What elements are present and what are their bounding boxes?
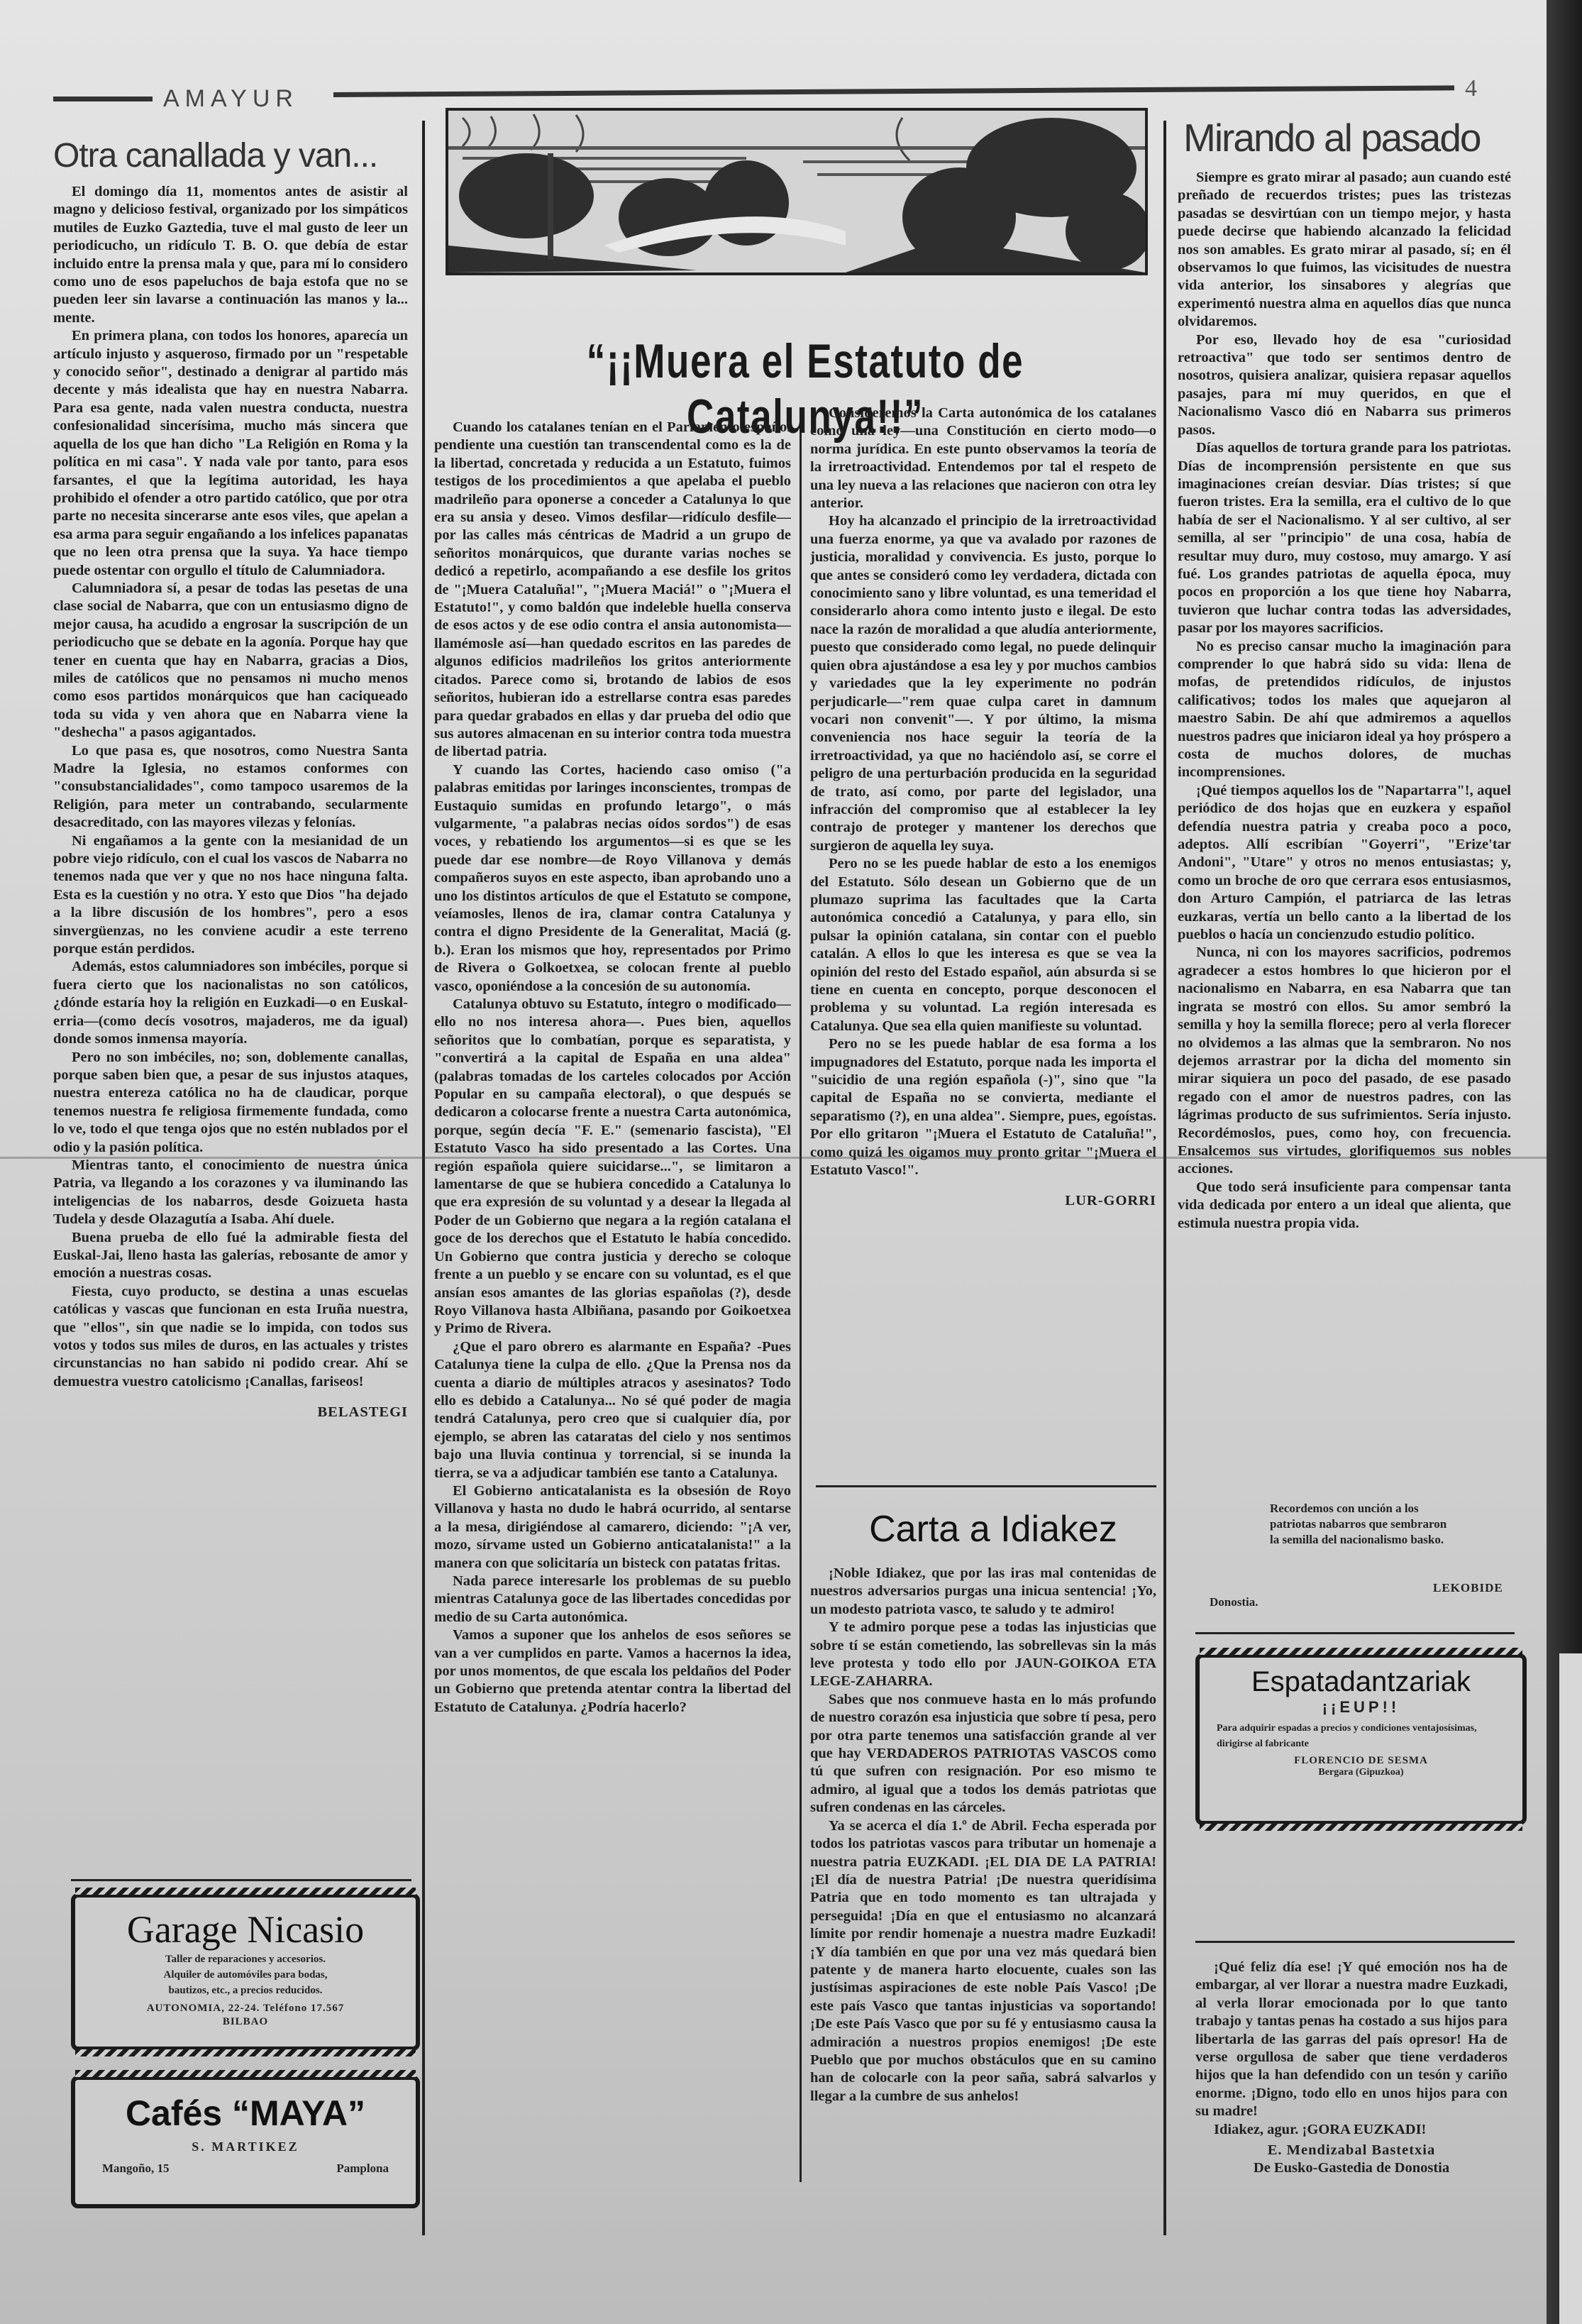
paragraph: No es preciso cansar mucho la imaginació… (1178, 638, 1511, 782)
paragraph: Ni engañamos a la gente con la mesianida… (53, 832, 408, 959)
paragraph: ¿Que el paro obrero es alarmante en Espa… (434, 1338, 791, 1482)
ad-line: bautizos, etc., a precios reducidos. (75, 1983, 416, 1998)
adjacent-page-edge (1547, 0, 1582, 2324)
paragraph: Hoy ha alcanzado el principio de la irre… (810, 512, 1156, 855)
adjacent-page-strip (1559, 1653, 1582, 2324)
rope-border (1200, 1824, 1522, 1831)
ad-espatadantzariak: Espatadantzariak ¡¡EUP!! Para adquirir e… (1195, 1653, 1527, 1825)
article-title-carta-idiakez: Carta a Idiakez (816, 1508, 1171, 1551)
paragraph: Días aquellos de tortura grande para los… (1178, 439, 1511, 637)
ad-text: Para adquirir espadas a precios y condic… (1200, 1717, 1522, 1752)
woodcut-landscape-icon (448, 111, 1145, 272)
paragraph: ¡Qué tiempos aquellos los de "Napartarra… (1178, 782, 1511, 945)
article-title-otra-canallada: Otra canallada y van... (53, 136, 377, 175)
paragraph: El domingo día 11, momentos antes de asi… (53, 183, 408, 327)
ad-slogan: ¡¡EUP!! (1200, 1698, 1522, 1717)
ad-address: Mangoño, 15 (102, 2161, 169, 2176)
ad-cafes-maya: Cafés “MAYA” S. MARTIKEZ Mangoño, 15 Pam… (71, 2076, 420, 2208)
paragraph: Que todo será insuficiente para compensa… (1178, 1179, 1511, 1233)
column-divider (1163, 121, 1166, 2235)
paragraph: Buena prueba de ello fué la admirable fi… (53, 1229, 408, 1283)
article-title-mirando-pasado: Mirando al pasado (1183, 115, 1481, 160)
dateline-city: Donostia. (1210, 1595, 1258, 1609)
section-divider (1195, 1632, 1515, 1634)
paragraph: Sabes que nos conmueve hasta en lo más p… (810, 1691, 1156, 1817)
signature-note: De Eusko-Gastedia de Donostia (1195, 2159, 1508, 2177)
ad-city: Pamplona (336, 2161, 389, 2176)
paragraph: Mientras tanto, el conocimiento de nuest… (53, 1157, 408, 1229)
article-body-muera-col2: Consideremos la Carta autonómica de los … (810, 404, 1156, 1476)
article-body-carta-idiakez-cont: ¡Qué feliz día ese! ¡Y qué emoción nos h… (1195, 1959, 1508, 2257)
paragraph: ¡Qué feliz día ese! ¡Y qué emoción nos h… (1195, 1959, 1508, 2121)
newspaper-name: AMAYUR (163, 85, 299, 113)
ad-place: Bergara (Gipuzkoa) (1200, 1767, 1522, 1778)
paragraph: Pero no se les puede hablar de esa forma… (810, 1035, 1156, 1179)
article-signature: E. Mendizabal Bastetxia (1195, 2142, 1508, 2159)
page-number: 4 (1465, 75, 1477, 102)
paragraph: Y te admiro porque pese a todas las inju… (810, 1619, 1156, 1691)
article-body-muera-col1: Cuando los catalanes tenían en el Parlam… (434, 419, 791, 2186)
paragraph: Catalunya obtuvo su Estatuto, íntegro o … (434, 996, 791, 1338)
masthead-rule (53, 97, 153, 101)
closing-quote: Recordemos con unción a los patriotas na… (1270, 1501, 1454, 1548)
ad-title: Espatadantzariak (1200, 1666, 1522, 1698)
paragraph: Pero no se les puede hablar de esto a lo… (810, 855, 1156, 1035)
paragraph: Nunca, ni con los mayores sacrificios, p… (1178, 944, 1511, 1178)
article-signature: LEKOBIDE (1433, 1581, 1503, 1595)
ad-city: BILBAO (75, 2016, 416, 2028)
ad-title: Garage Nicasio (75, 1907, 416, 1951)
paragraph: Lo que pasa es, que nosotros, como Nuest… (53, 742, 408, 832)
landscape-illustration (446, 108, 1148, 275)
ad-title: Cafés “MAYA” (75, 2093, 416, 2134)
paragraph: En primera plana, con todos los honores,… (53, 327, 408, 580)
column-divider (422, 121, 425, 2235)
article-signature: LUR-GORRI (810, 1192, 1156, 1210)
ad-maker: FLORENCIO DE SESMA (1200, 1755, 1522, 1767)
paragraph: Vamos a suponer que los anhelos de esos … (434, 1626, 791, 1717)
article-signature: BELASTEGI (53, 1404, 408, 1421)
paragraph: Ya se acerca el día 1.º de Abril. Fecha … (810, 1817, 1156, 2106)
section-divider (71, 1879, 411, 1881)
rope-border (1200, 1648, 1522, 1655)
section-divider (1195, 1941, 1515, 1943)
newspaper-page: AMAYUR 4 Otra canallada y van... El domi… (0, 0, 1547, 2324)
ad-garage-nicasio: Garage Nicasio Taller de reparaciones y … (71, 1893, 420, 2051)
article-body-mirando-pasado: Siempre es grato mirar al pasado; aun cu… (1178, 169, 1511, 1489)
paragraph: Además, estos calumniadores son imbécile… (53, 958, 408, 1048)
column-divider (800, 415, 802, 2182)
paragraph: Siempre es grato mirar al pasado; aun cu… (1178, 169, 1511, 331)
rope-border (75, 1888, 416, 1895)
rope-border (75, 2070, 416, 2077)
section-divider (816, 1485, 1156, 1487)
article-body-otra-canallada: El domingo día 11, momentos antes de asi… (53, 183, 408, 1865)
paragraph: Calumniadora sí, a pesar de todas las pe… (53, 580, 408, 742)
paragraph: Nada parece interesarle los problemas de… (434, 1573, 791, 1626)
paragraph: Y cuando las Cortes, haciendo caso omiso… (434, 761, 791, 996)
paragraph: ¡Noble Idiakez, que por las iras mal con… (810, 1565, 1156, 1619)
article-body-carta-idiakez: ¡Noble Idiakez, que por las iras mal con… (810, 1565, 1156, 2189)
ad-line: Taller de reparaciones y accesorios. (75, 1951, 416, 1967)
ad-line: Alquiler de automóviles para bodas, (75, 1967, 416, 1983)
paragraph: Consideremos la Carta autonómica de los … (810, 404, 1156, 512)
paragraph: Idiakez, agur. ¡GORA EUZKADI! (1195, 2121, 1508, 2139)
paragraph: Fiesta, cuyo producto, se destina a unas… (53, 1283, 408, 1391)
masthead-rule (333, 85, 1454, 97)
ad-address: AUTONOMIA, 22-24. Teléfono 17.567 (75, 2003, 416, 2015)
rope-border (75, 2049, 416, 2056)
paragraph: Pero no son imbéciles, no; son, doblemen… (53, 1049, 408, 1157)
paragraph: Cuando los catalanes tenían en el Parlam… (434, 419, 791, 761)
paragraph: El Gobierno anticatalanista es la obsesi… (434, 1482, 791, 1573)
ad-owner: S. MARTIKEZ (75, 2139, 416, 2154)
paragraph: Por eso, llevado hoy de esa "curiosidad … (1178, 331, 1511, 439)
